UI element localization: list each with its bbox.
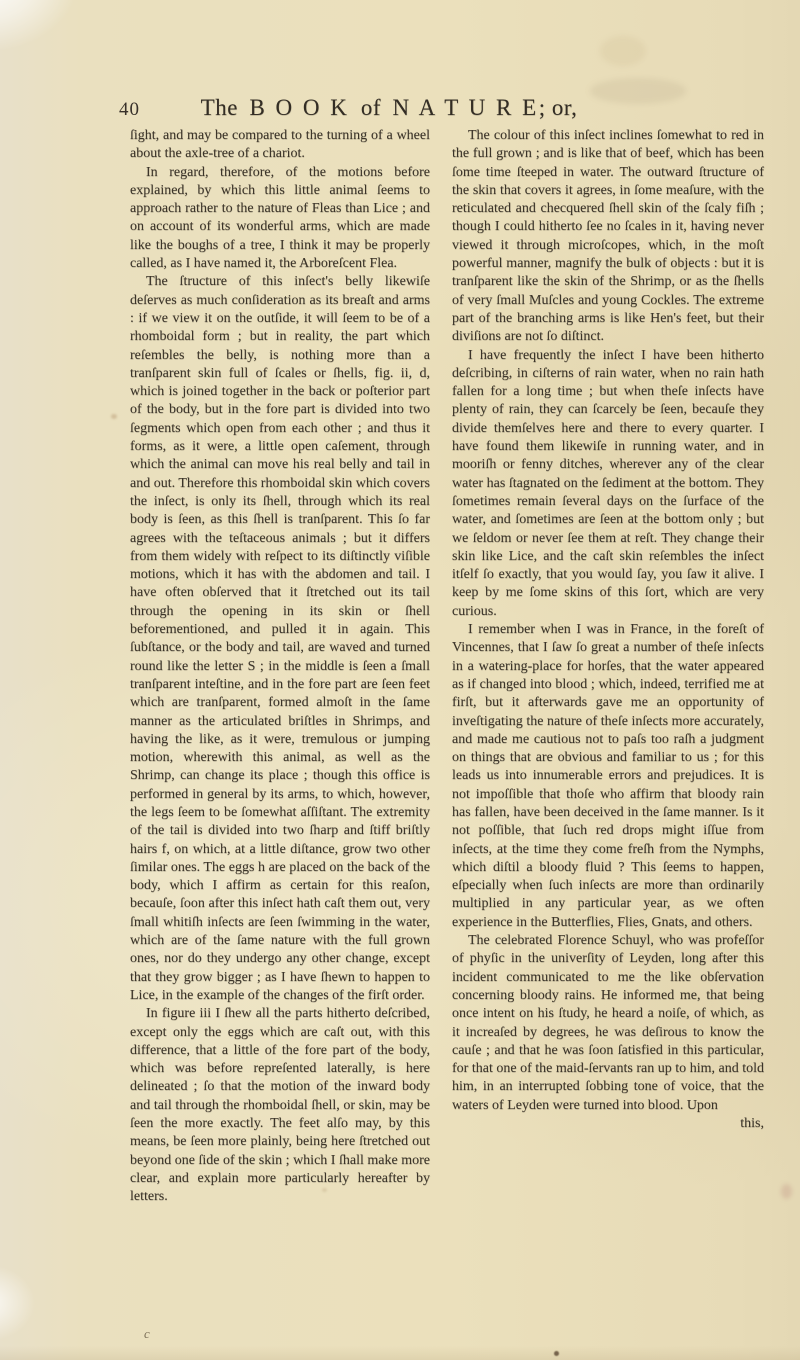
- column-right: The colour of this inſect inclines ſomew…: [452, 127, 764, 1133]
- column-left: ſight, and may be compared to the turnin…: [130, 127, 430, 1207]
- paragraph: I remember when I was in France, in the …: [452, 621, 764, 932]
- paragraph: The colour of this inſect inclines ſomew…: [452, 127, 764, 347]
- paragraph: In regard, therefore, of the motions bef…: [130, 164, 430, 274]
- running-title-the: The: [201, 95, 238, 120]
- running-title-suffix: ; or,: [539, 95, 578, 120]
- running-title-nature: N A T U R E: [393, 95, 539, 120]
- catchword: this,: [452, 1115, 764, 1133]
- paper-spot: [781, 1184, 792, 1199]
- paragraph: The ſtructure of this inſect's belly lik…: [130, 273, 430, 1005]
- paper-spot: [111, 414, 117, 419]
- paragraph: In figure iii I ſhew all the parts hithe…: [130, 1005, 430, 1206]
- paragraph: ſight, and may be compared to the turnin…: [130, 127, 430, 164]
- signature-mark: c: [144, 1326, 150, 1342]
- running-title: The B O O K of N A T U R E; or,: [128, 95, 650, 121]
- running-title-of: of: [361, 95, 381, 120]
- paragraph: The celebrated Florence Schuyl, who was …: [452, 932, 764, 1115]
- running-title-book: B O O K: [249, 95, 349, 120]
- paper-spot: [554, 1351, 559, 1356]
- paragraph: I have frequently the inſect I have been…: [452, 347, 764, 621]
- book-page: 40 The B O O K of N A T U R E; or, ſight…: [0, 0, 800, 1360]
- paper-stain: [600, 36, 646, 66]
